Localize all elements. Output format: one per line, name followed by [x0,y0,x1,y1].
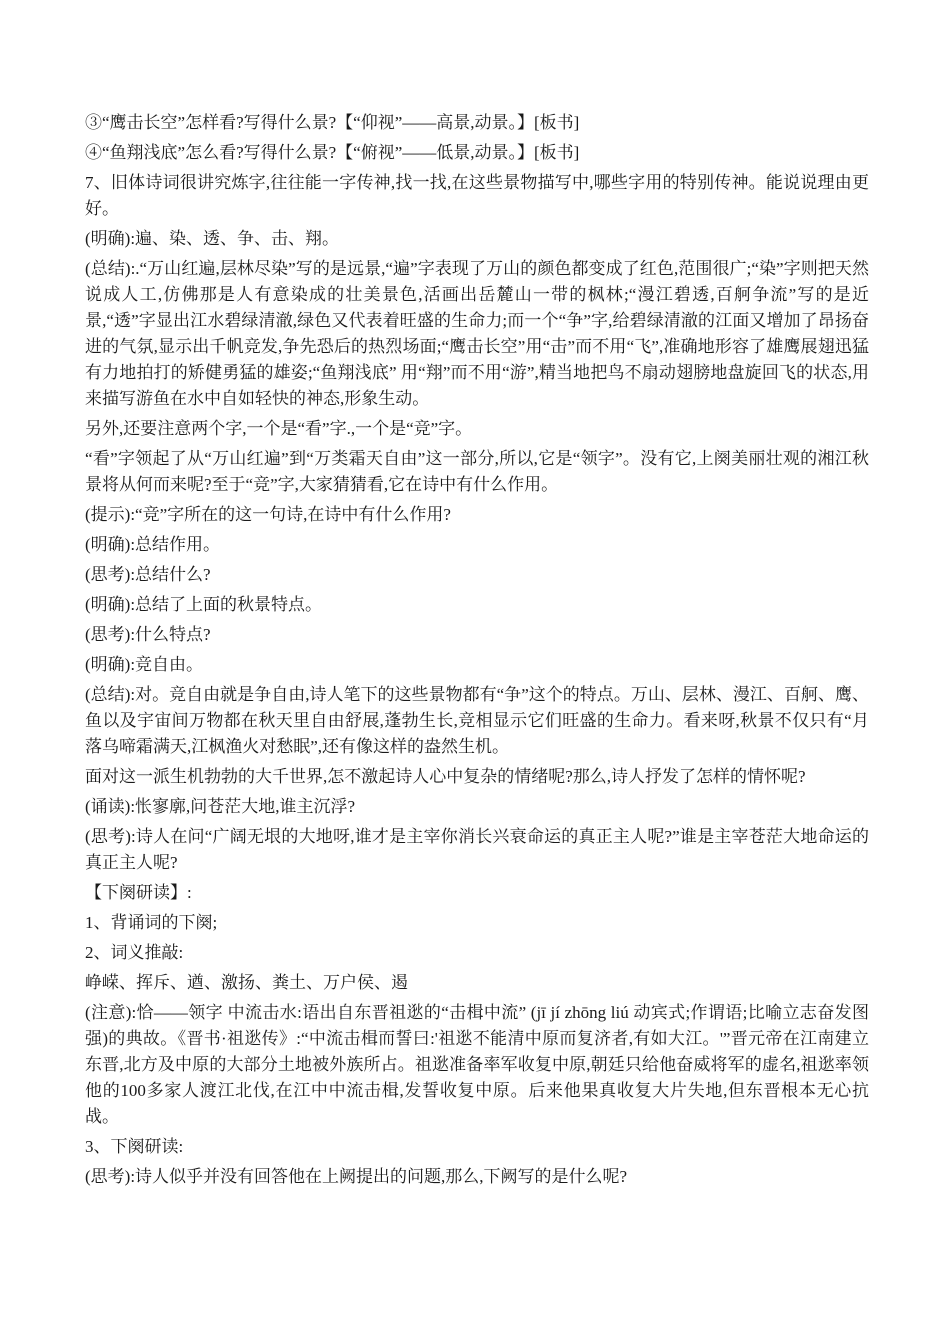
paragraph: 7、旧体诗词很讲究炼字,往往能一字传神,找一找,在这些景物描写中,哪些字用的特别… [85,170,869,222]
paragraph: (明确):总结了上面的秋景特点。 [85,592,869,618]
paragraph: (思考):总结什么? [85,562,869,588]
paragraph: 峥嵘、挥斥、遒、激扬、粪土、万户侯、遏 [85,970,869,996]
paragraph: (明确):竞自由。 [85,652,869,678]
paragraph: 3、下阕研读: [85,1134,869,1160]
paragraph: “看”字领起了从“万山红遍”到“万类霜天自由”这一部分,所以,它是“领字”。没有… [85,446,869,498]
paragraph: (思考):诗人在问“广阔无垠的大地呀,谁才是主宰你消长兴衰命运的真正主人呢?”谁… [85,824,869,876]
paragraph: (明确):遍、染、透、争、击、翔。 [85,226,869,252]
paragraph: (明确):总结作用。 [85,532,869,558]
paragraph: 2、词义推敲: [85,940,869,966]
paragraph: (诵读):怅寥廓,问苍茫大地,谁主沉浮? [85,794,869,820]
paragraph: 【下阕研读】: [85,880,869,906]
document-page: ③“鹰击长空”怎样看?写得什么景?【“仰视”——高景,动景。】[板书]④“鱼翔浅… [0,0,950,1344]
paragraph: (思考):什么特点? [85,622,869,648]
paragraph: ③“鹰击长空”怎样看?写得什么景?【“仰视”——高景,动景。】[板书] [85,110,869,136]
paragraph: (总结):.“万山红遍,层林尽染”写的是远景,“遍”字表现了万山的颜色都变成了红… [85,256,869,412]
paragraph: ④“鱼翔浅底”怎么看?写得什么景?【“俯视”——低景,动景。】[板书] [85,140,869,166]
paragraph: (总结):对。竞自由就是争自由,诗人笔下的这些景物都有“争”这个的特点。万山、层… [85,682,869,760]
paragraph: 1、背诵词的下阕; [85,910,869,936]
paragraph: 面对这一派生机勃勃的大千世界,怎不激起诗人心中复杂的情绪呢?那么,诗人抒发了怎样… [85,764,869,790]
document-content: ③“鹰击长空”怎样看?写得什么景?【“仰视”——高景,动景。】[板书]④“鱼翔浅… [85,110,869,1190]
paragraph: (思考):诗人似乎并没有回答他在上阙提出的问题,那么,下阙写的是什么呢? [85,1164,869,1190]
paragraph: (注意):恰——领字 中流击水:语出自东晋祖逖的“击楫中流” (jī jí zh… [85,1000,869,1130]
paragraph: 另外,还要注意两个字,一个是“看”字.,一个是“竞”字。 [85,416,869,442]
paragraph: (提示):“竞”字所在的这一句诗,在诗中有什么作用? [85,502,869,528]
